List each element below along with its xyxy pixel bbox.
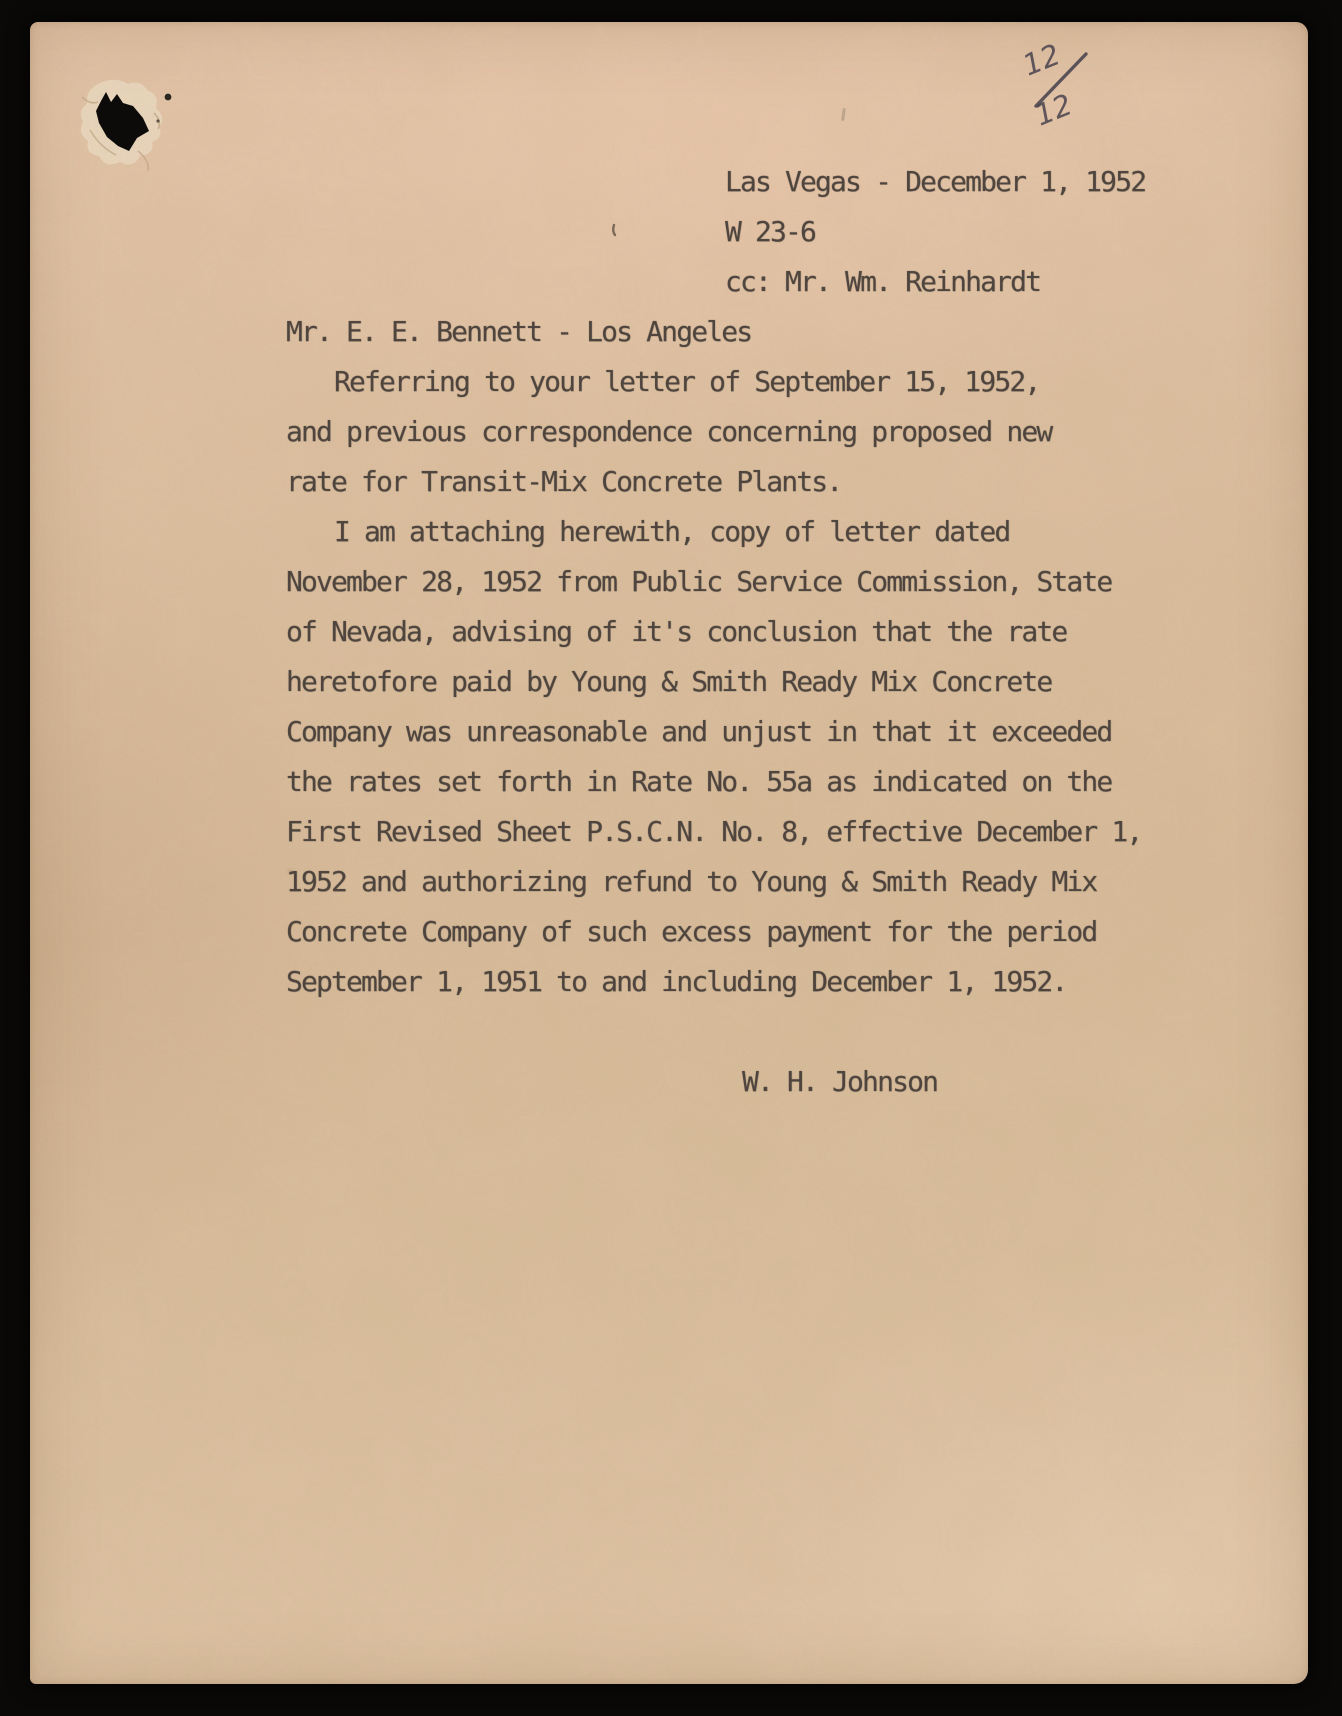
body-line: heretofore paid by Young & Smith Ready M…: [286, 657, 1141, 707]
body-line: the rates set forth in Rate No. 55a as i…: [286, 757, 1141, 807]
body-line: Company was unreasonable and unjust in t…: [286, 707, 1141, 757]
cc-line: cc: Mr. Wm. Reinhardt: [725, 257, 1145, 307]
letter-body: Mr. E. E. Bennett - Los Angeles Referrin…: [286, 307, 1141, 1007]
letter-page: 12 12 Las Vegas - December 1, 1952 W 23-…: [30, 22, 1308, 1684]
ink-speck: [609, 222, 617, 236]
body-line: of Nevada, advising of it's conclusion t…: [286, 607, 1141, 657]
pencil-speck: [841, 108, 846, 121]
torn-hole: [70, 75, 185, 180]
body-line: Referring to your letter of September 15…: [286, 357, 1141, 407]
pencil-mark-graphic: 12 12: [1020, 36, 1094, 128]
dateline: Las Vegas - December 1, 1952: [725, 157, 1145, 207]
file-number: W 23-6: [725, 207, 1145, 257]
body-line: rate for Transit-Mix Concrete Plants.: [286, 457, 1141, 507]
body-line: 1952 and authorizing refund to Young & S…: [286, 857, 1141, 907]
body-line: November 28, 1952 from Public Service Co…: [286, 557, 1141, 607]
body-line: Concrete Company of such excess payment …: [286, 907, 1141, 957]
signature: W. H. Johnson: [742, 1057, 937, 1107]
letter-header: Las Vegas - December 1, 1952 W 23-6 cc: …: [725, 157, 1145, 307]
body-line: I am attaching herewith, copy of letter …: [286, 507, 1141, 557]
scan-background: { "letter": { "header": { "dateline": "L…: [0, 0, 1342, 1716]
body-line: First Revised Sheet P.S.C.N. No. 8, effe…: [286, 807, 1141, 857]
handwritten-page-mark: 12 12: [1020, 36, 1094, 128]
pencil-numerator: 12: [1020, 37, 1065, 82]
recipient-line: Mr. E. E. Bennett - Los Angeles: [286, 307, 1141, 357]
pencil-denominator: 12: [1030, 87, 1077, 128]
body-line: September 1, 1951 to and including Decem…: [286, 957, 1141, 1007]
torn-hole-graphic: [70, 75, 185, 180]
body-line: and previous correspondence concerning p…: [286, 407, 1141, 457]
